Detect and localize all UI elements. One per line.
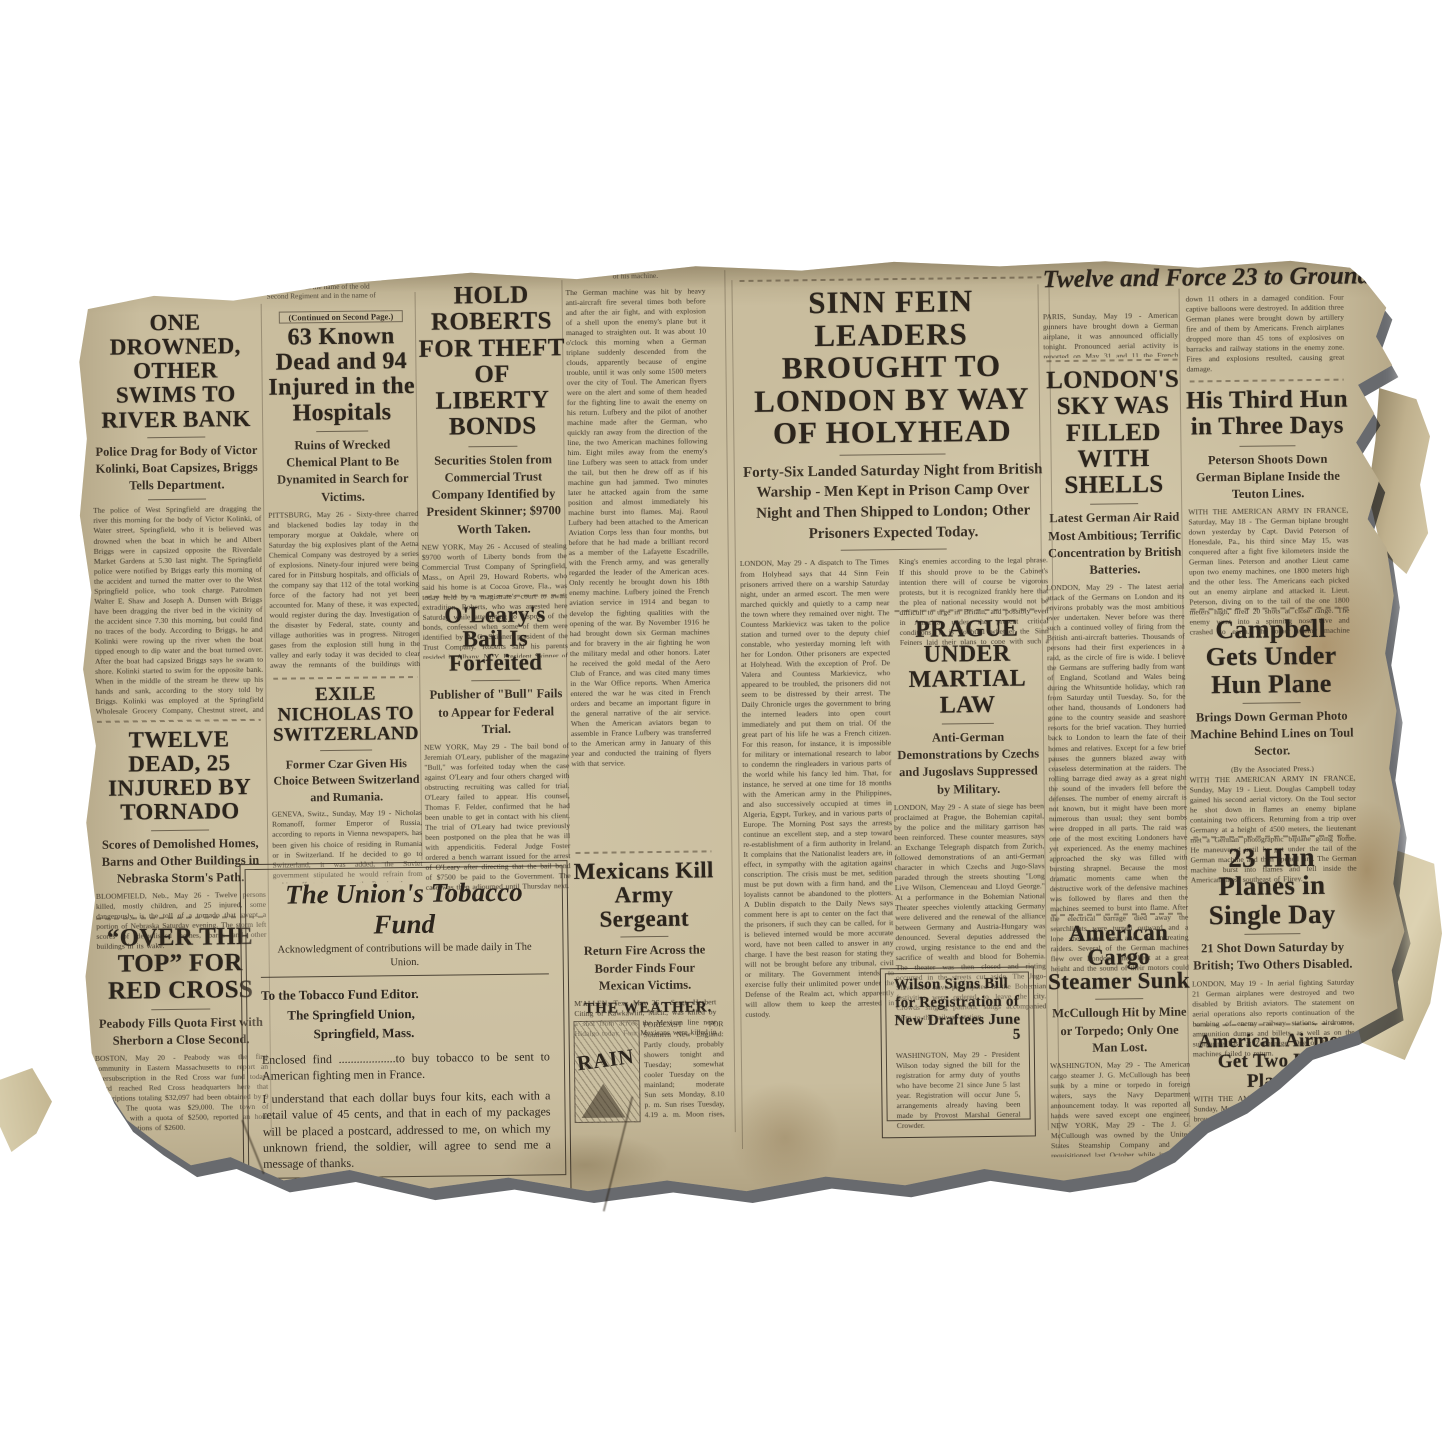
rule: [471, 680, 521, 682]
rule: [148, 499, 206, 501]
headline: O'Leary's Bail Is Forfeited: [421, 602, 569, 676]
rule: [261, 974, 549, 979]
wilson-box-title-line: Wilson Signs Bill: [894, 977, 1020, 994]
deck: Brings Down German Photo Machine Behind …: [1190, 707, 1355, 761]
deck: McCullough Hit by Mine or Torpedo; Only …: [1050, 1004, 1189, 1057]
wilson-box-inner: Wilson Signs Bill for Registration of Ne…: [885, 972, 1031, 1122]
wavy-rule: [739, 276, 1041, 282]
deck: Peterson Shoots Down German Biplane Insi…: [1189, 450, 1348, 504]
coupon-inner: The Union's Tobacco Fund Acknowledgment …: [245, 865, 567, 1179]
rule: [147, 436, 205, 438]
rule: [1243, 702, 1300, 704]
weather-row: RAIN FORECAST FOR Southern New England: …: [573, 1019, 724, 1123]
article-lufbery-continuation: The German machine was hit by heavy anti…: [564, 284, 713, 850]
headline: PRAGUE UNDER MARTIAL LAW: [891, 616, 1044, 719]
deck: Return Fire Across the Border Finds Four…: [574, 942, 715, 995]
deck: Securities Stolen from Commercial Trust …: [421, 451, 565, 539]
weather-section: THE WEATHER. RAIN FORECAST FOR Southern …: [573, 1000, 724, 1123]
headline: SINN FEIN LEADERS BROUGHT TO LONDON BY W…: [736, 284, 1048, 451]
headline: Campbell Gets Under Hun Plane: [1187, 614, 1356, 698]
rule: [840, 453, 945, 455]
wavy-rule: [894, 608, 1038, 612]
article-cargo-steamer: American Cargo Steamer Sunk McCullough H…: [1047, 913, 1192, 1160]
rule: [468, 445, 518, 447]
headline: Mexicans Kill Army Sergeant: [571, 858, 716, 932]
wavy-rule: [273, 676, 417, 680]
article-body: PITTSBURG, May 26 - Sixty-three charred …: [268, 509, 420, 669]
article-body: The German machine was hit by heavy anti…: [565, 286, 712, 848]
wilson-box-body: WASHINGTON, May 29 - President Wilson to…: [896, 1050, 1021, 1130]
wavy-rule: [425, 594, 564, 598]
deck: Publisher of "Bull" Fails to Appear for …: [424, 686, 568, 739]
coupon-paragraph: Enclosed find ...................to buy …: [262, 1048, 550, 1084]
coupon-acknowledgment: Acknowledgment of contributions will be …: [268, 940, 540, 971]
article-body: down 11 others in a damaged condition. F…: [1186, 293, 1345, 387]
article-body: PARIS, Sunday, May 19 - American gunners…: [1043, 311, 1179, 359]
banner-left-body: PARIS, Sunday, May 19 - American gunners…: [1042, 309, 1180, 361]
headline: LONDON'S SKY WAS FILLED WITH SHELLS: [1043, 367, 1185, 500]
headline: ONE DROWNED, OTHER SWIMS TO RIVER BANK: [90, 310, 261, 433]
rule: [1095, 999, 1143, 1001]
article-one-drowned: ONE DROWNED, OTHER SWIMS TO RIVER BANK P…: [90, 310, 265, 720]
rule: [1245, 933, 1301, 935]
article-body: The police of West Springfield are dragg…: [93, 504, 264, 718]
article-63-known-dead: (Continued on Second Page.) 63 Known Dea…: [265, 310, 421, 671]
deck: Former Czar Given His Choice Between Swi…: [272, 755, 421, 806]
weather-almanac: Sun sets Monday, 8.10 p. m. Sun rises Tu…: [644, 1089, 724, 1118]
rain-label: RAIN: [576, 1044, 637, 1077]
rule: [320, 749, 372, 751]
continued-note: (Continued on Second Page.): [279, 310, 403, 324]
rule: [942, 723, 994, 725]
article-londons-sky: LONDON'S SKY WAS FILLED WITH SHELLS Late…: [1042, 359, 1189, 974]
tent-shape: [581, 1083, 625, 1118]
wilson-box-title-line: for Registration of: [894, 994, 1020, 1011]
article-body: WASHINGTON, May 29 - The American cargo …: [1050, 1060, 1191, 1158]
coupon-paragraph: I understand that each dollar buys four …: [262, 1088, 551, 1172]
headline: 63 Known Dead and 94 Injured in the Hosp…: [265, 324, 418, 427]
deck: Latest German Air Raid Most Ambitious; T…: [1046, 509, 1183, 580]
wavy-rule: [1051, 913, 1185, 917]
coupon-address-line: Springfield, Mass.: [313, 1022, 549, 1044]
headline: EXILE NICHOLAS TO SWITZERLAND: [269, 684, 422, 746]
credit-line: (By the Associated Press.): [1189, 763, 1355, 773]
headline: His Third Hun in Three Days: [1186, 387, 1349, 441]
weather-forecast: FORECAST FOR Southern New England: Partl…: [643, 1019, 724, 1088]
banner-right-body: down 11 others in a damaged condition. F…: [1185, 291, 1346, 389]
article-oleary-bail: O'Leary's Bail Is Forfeited Publisher of…: [421, 594, 572, 893]
rule: [151, 1008, 211, 1010]
rule: [841, 549, 946, 551]
rule: [620, 936, 669, 938]
headline: 23 Hun Planes in Single Day: [1189, 843, 1354, 930]
headline: TWELVE DEAD, 25 INJURED BY TORNADO: [93, 727, 266, 826]
wilson-box-title-line: New Draftees June 5: [894, 1012, 1020, 1045]
deck: Anti-German Demonstrations by Czechs and…: [894, 728, 1043, 799]
rule: [316, 430, 368, 432]
article-body-left: LONDON, May 29 - A dispatch to The Times…: [740, 558, 896, 1148]
article-body: NEW YORK, May 29 - The bail bond of Jere…: [424, 741, 571, 891]
deck: Forty-Six Landed Saturday Night from Bri…: [742, 459, 1045, 545]
newspaper-page: ONE DROWNED, OTHER SWIMS TO RIVER BANK P…: [74, 250, 1408, 1226]
photo-of-newspaper: ONE DROWNED, OTHER SWIMS TO RIVER BANK P…: [0, 0, 1445, 1445]
rule: [1090, 503, 1138, 505]
article-exile-nicholas: EXILE NICHOLAS TO SWITZERLAND Former Cza…: [269, 676, 424, 886]
tobacco-fund-coupon: The Union's Tobacco Fund Acknowledgment …: [240, 860, 572, 1194]
wavy-rule: [1046, 359, 1178, 363]
wavy-rule: [575, 850, 711, 854]
weather-text: FORECAST FOR Southern New England: Partl…: [643, 1019, 724, 1122]
article-his-third-hun: His Third Hun in Three Days Peterson Sho…: [1186, 379, 1351, 642]
deck: 21 Shot Down Saturday by British; Two Ot…: [1193, 939, 1353, 975]
headline: American Cargo Steamer Sunk: [1047, 921, 1190, 995]
weather-title: THE WEATHER.: [573, 1000, 723, 1018]
article-prague: PRAGUE UNDER MARTIAL LAW Anti-German Dem…: [890, 608, 1047, 1023]
rule: [151, 829, 209, 831]
wilson-bill-box: Wilson Signs Bill for Registration of Ne…: [880, 966, 1036, 1138]
deck: Police Drag for Body of Victor Kolinki, …: [93, 442, 260, 496]
headline: HOLD ROBERTS FOR THEFT OF LIBERTY BONDS: [417, 282, 566, 441]
deck: Ruins of Wrecked Chemical Plant to Be Dy…: [268, 436, 417, 507]
rule: [1240, 445, 1295, 447]
